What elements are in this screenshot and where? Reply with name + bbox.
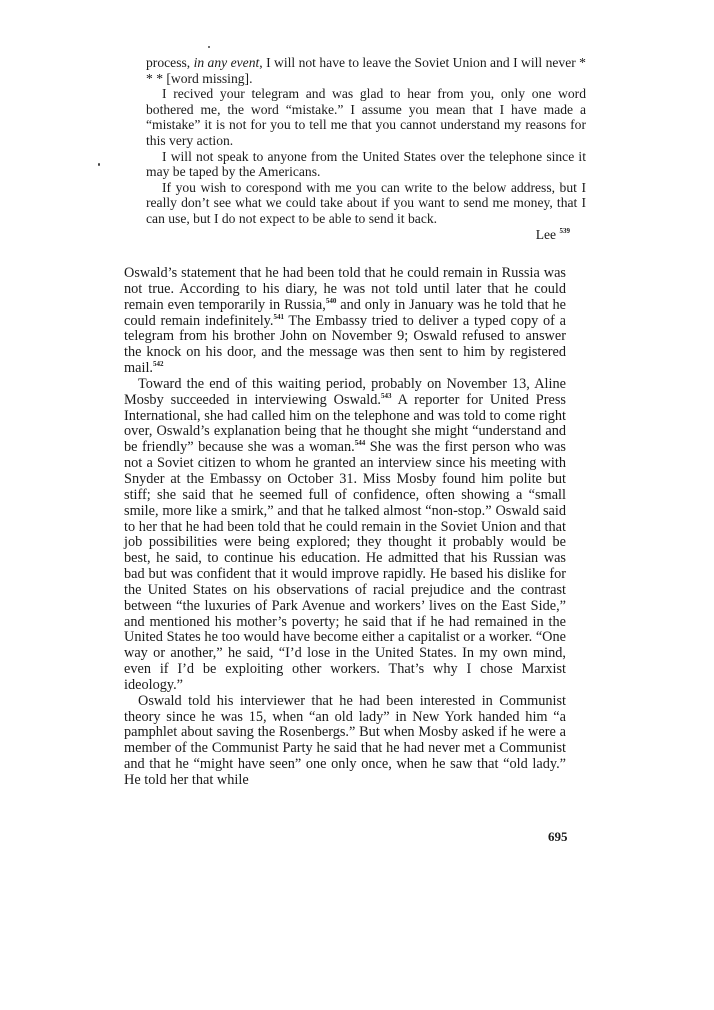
body-paragraph: Oswald told his interviewer that he had … [124, 694, 566, 789]
letter-paragraph: If you wish to corespond with me you can… [146, 180, 586, 227]
quoted-letter: process, in any event, I will not have t… [146, 55, 586, 242]
footnote-ref: 544 [355, 439, 366, 447]
body-text: Oswald’s statement that he had been told… [124, 266, 566, 789]
footnote-ref: 542 [153, 360, 164, 368]
body-text-run: She was the first person who was not a S… [124, 439, 566, 693]
signature-name: Lee [536, 227, 556, 242]
body-paragraph: Oswald’s statement that he had been told… [124, 266, 566, 377]
scan-speck [208, 46, 210, 48]
letter-paragraph: I recived your telegram and was glad to … [146, 86, 586, 148]
footnote-ref: 541 [273, 313, 284, 321]
letter-text: process, [146, 55, 194, 70]
letter-italic-text: in any event [194, 55, 260, 70]
letter-paragraph: process, in any event, I will not have t… [146, 55, 586, 86]
footnote-ref: 539 [560, 227, 571, 235]
document-page: process, in any event, I will not have t… [0, 0, 714, 1010]
page-number: 695 [548, 829, 568, 845]
footnote-ref: 540 [326, 297, 337, 305]
scan-speck [98, 163, 100, 166]
letter-signature: Lee 539 [146, 227, 586, 243]
body-paragraph: Toward the end of this waiting period, p… [124, 377, 566, 694]
footnote-ref: 543 [381, 392, 392, 400]
letter-paragraph: I will not speak to anyone from the Unit… [146, 149, 586, 180]
